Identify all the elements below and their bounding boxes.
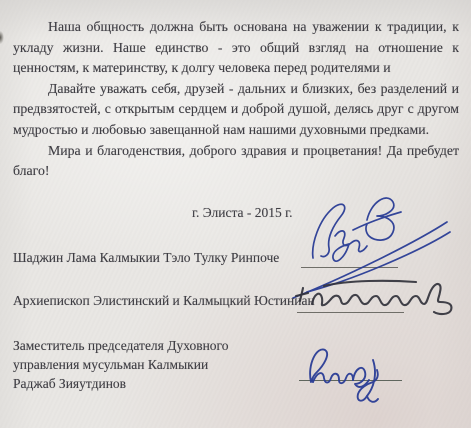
- signature-line-2: [297, 312, 404, 313]
- signature-2-ink: [296, 281, 451, 314]
- signature-line-3: [299, 380, 402, 381]
- paragraph-2-line-3: мудростью и любовью завещанной нам нашим…: [13, 120, 459, 141]
- signature-3-ink: [310, 349, 378, 401]
- paragraph-1-line-1: Наша общность должна быть основана на ув…: [13, 17, 459, 38]
- signature-3-blue-cursive: [297, 334, 397, 408]
- signatory-3-title-line-3: Раджаб Зияутдинов: [13, 374, 243, 393]
- signatory-3-title-line-1: Заместитель председателя Духовного: [13, 336, 243, 355]
- scanned-document-page: Наша общность должна быть основана на ув…: [0, 0, 471, 428]
- signature-1-ink: [293, 198, 450, 298]
- signatory-2-title: Архиепископ Элистинский и Калмыцкий Юсти…: [13, 293, 315, 309]
- document-body-text: Наша общность должна быть основана на ув…: [13, 17, 459, 182]
- paragraph-2-line-2: предвзятостей, с открытым сердцем и добр…: [13, 99, 459, 120]
- signature-1-blue-flourish: [283, 186, 460, 304]
- paragraph-1-line-3: ценностям, к материнству, к долгу челове…: [13, 58, 459, 79]
- paragraph-2-line-1: Давайте уважать себя, друзей - дальних и…: [13, 79, 459, 100]
- signatory-3-title-line-2: управления мусульман Калмыкии: [13, 355, 243, 374]
- signature-2-dark-cursive: [288, 268, 468, 316]
- city-and-year-dateline: г. Элиста - 2015 г.: [192, 205, 293, 221]
- paragraph-3-line-1: Мира и благоденствия, доброго здравия и …: [13, 141, 459, 162]
- paragraph-1-line-2: укладу жизни. Наше единство - это общий …: [13, 38, 459, 59]
- paper-edge-smudge: [0, 29, 5, 46]
- signatory-1-title: Шаджин Лама Калмыкии Тэло Тулку Ринпоче: [13, 250, 279, 266]
- signatory-3-title: Заместитель председателя Духовного управ…: [13, 336, 243, 393]
- paragraph-3-line-2: благо!: [13, 161, 459, 182]
- signature-line-1: [301, 267, 398, 268]
